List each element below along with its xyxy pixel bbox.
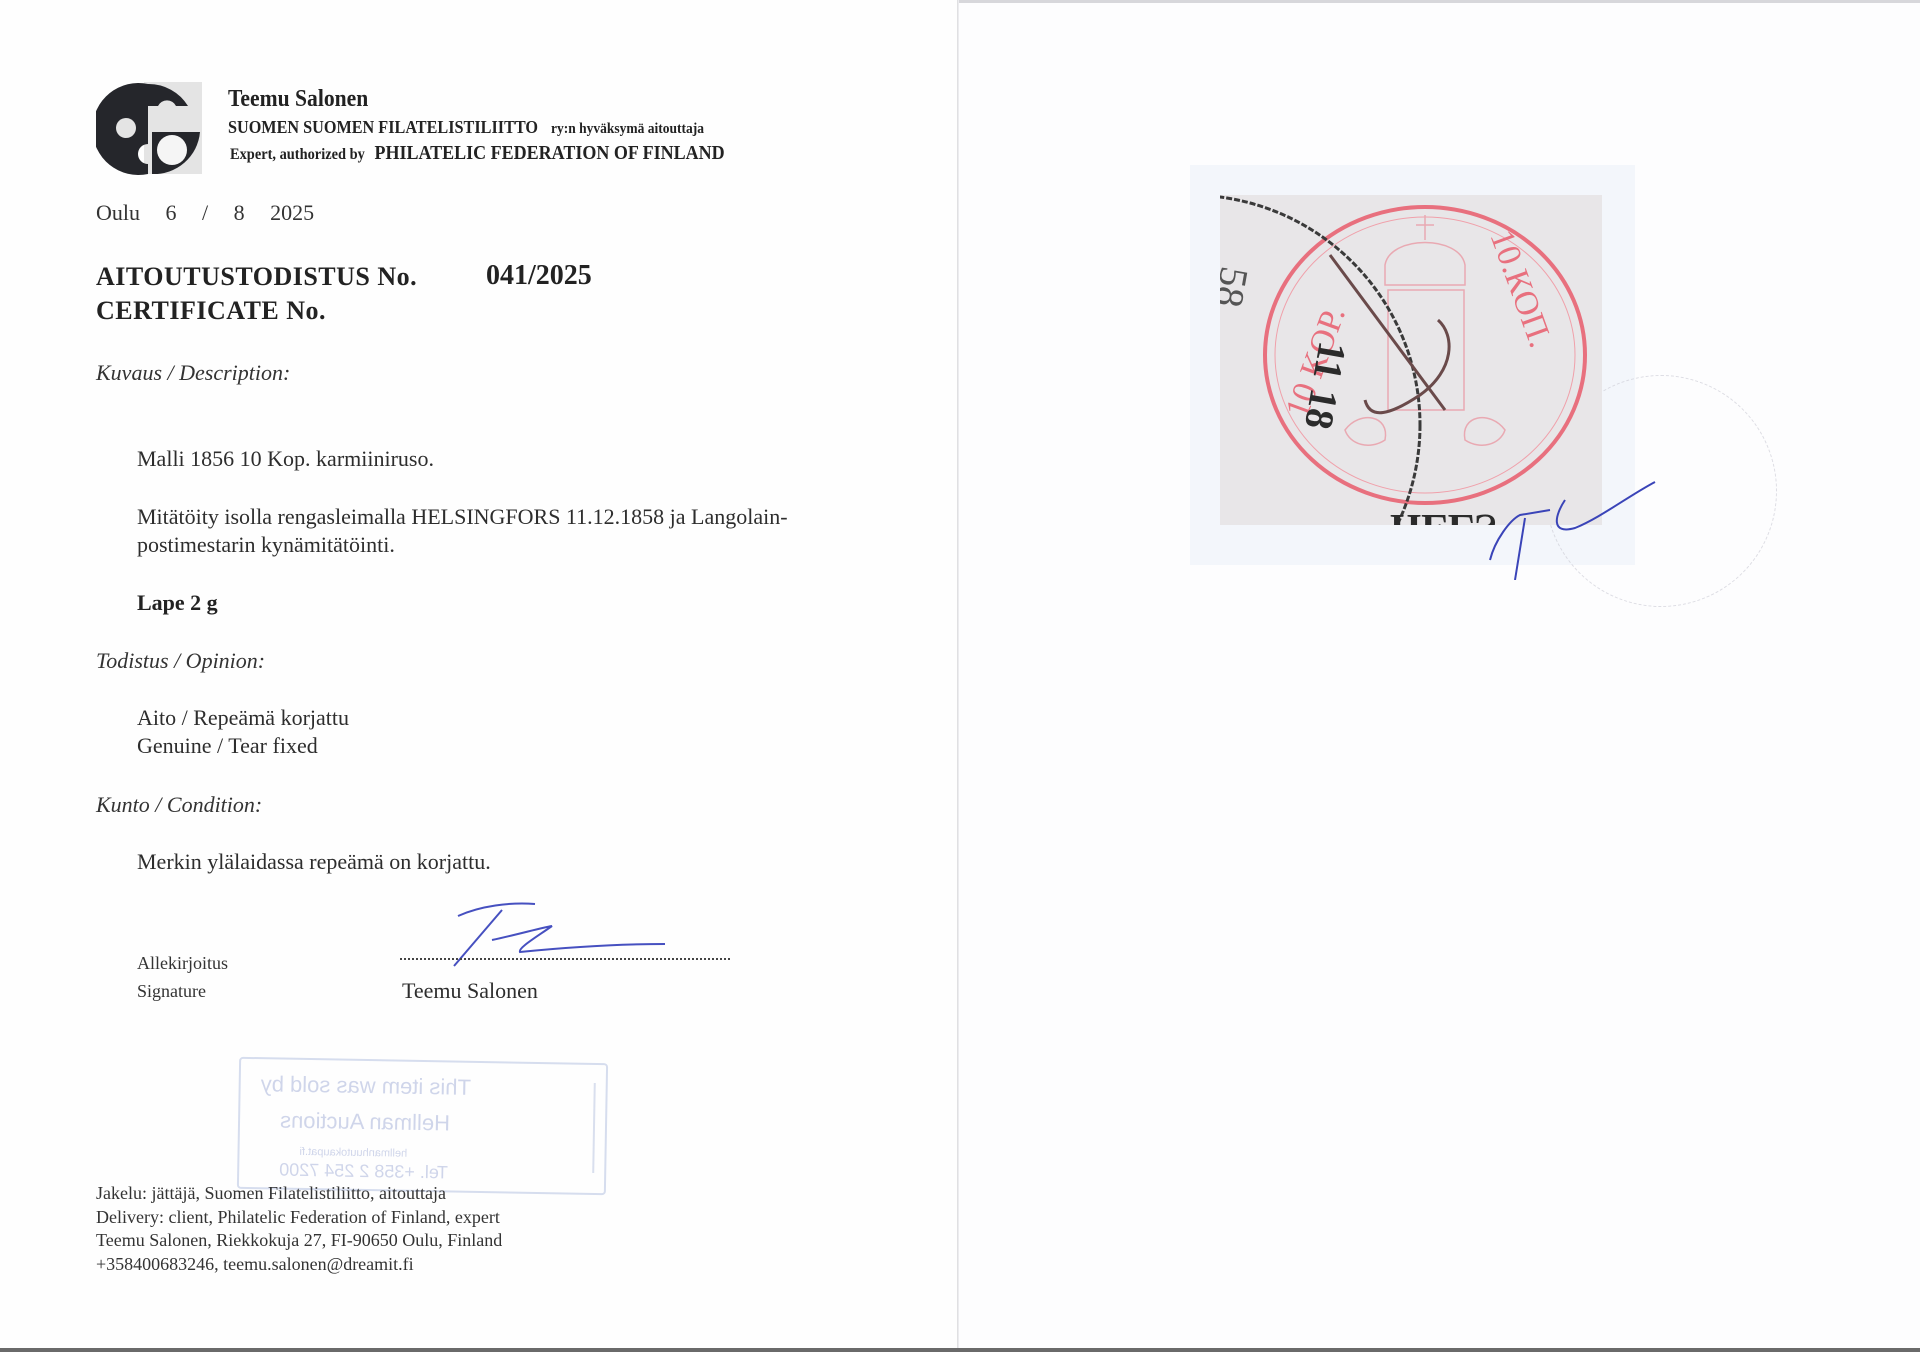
federation-approval-fi: ry:n hyväksymä aitouttaja	[551, 121, 704, 137]
date-separator: /	[202, 200, 208, 225]
certificate-title-en: CERTIFICATE No.	[96, 296, 326, 326]
footer-line: Delivery: client, Philatelic Federation …	[96, 1207, 500, 1228]
auction-logo-icon	[542, 1082, 596, 1173]
signature-line	[400, 958, 730, 960]
federation-name-fi: SUOMEN SUOMEN FILATELISTILIITTO	[228, 117, 538, 137]
opinion-en: Genuine / Tear fixed	[137, 733, 318, 759]
condition-text: Merkin ylälaidassa repeämä on korjattu.	[137, 849, 491, 875]
date-year: 2025	[270, 200, 314, 225]
certificate-title-fi: AITOUTUSTODISTUS No.	[96, 262, 417, 292]
description-line: Malli 1856 10 Kop. karmiiniruso.	[137, 446, 434, 472]
expert-signature-on-stamp	[1480, 440, 1660, 580]
auction-stamp-line: This item was sold by	[260, 1071, 471, 1101]
date-day: 6	[166, 200, 177, 225]
postmark-year: 58	[1220, 263, 1257, 310]
signature-label-fi: Allekirjoitus	[137, 953, 228, 974]
description-heading: Kuvaus / Description:	[96, 360, 290, 386]
issue-date: Oulu 6 / 8 2025	[96, 200, 334, 226]
authorization-prefix: Expert, authorized by	[230, 146, 365, 163]
footer-line: Teemu Salonen, Riekkokuja 27, FI-90650 O…	[96, 1230, 502, 1251]
footer-line: +358400683246, teemu.salonen@dreamit.fi	[96, 1254, 414, 1275]
opinion-fi: Aito / Repeämä korjattu	[137, 705, 349, 731]
auction-stamp-line: Tel. +358 2 254 7200	[279, 1160, 448, 1184]
federation-logo-icon	[96, 80, 204, 176]
federation-name-en: PHILATELIC FEDERATION OF FINLAND	[374, 142, 724, 164]
date-place: Oulu	[96, 200, 140, 225]
page-fold	[957, 0, 959, 1348]
stamp-value-right: 10.КОП.	[1482, 225, 1558, 352]
condition-heading: Kunto / Condition:	[96, 792, 262, 818]
federation-line: SUOMEN SUOMEN FILATELISTILIITTO ry:n hyv…	[228, 117, 704, 138]
auction-stamp-line: hellmanhuutokaupat.fi	[299, 1146, 407, 1160]
date-month: 8	[234, 200, 245, 225]
expert-name: Teemu Salonen	[228, 86, 368, 113]
signer-name: Teemu Salonen	[402, 978, 538, 1004]
auction-stamp-showthrough: This item was sold by Hellman Auctions h…	[237, 1057, 608, 1195]
footer-line: Jakelu: jättäjä, Suomen Filatelistiliitt…	[96, 1183, 446, 1204]
certificate-number: 041/2025	[486, 260, 592, 292]
authorization-line: Expert, authorized by PHILATELIC FEDERAT…	[230, 142, 725, 165]
scan-edge	[0, 1348, 1920, 1352]
description-weight: Lape 2 g	[137, 590, 218, 616]
page-edge	[958, 0, 1920, 3]
auction-stamp-line: Hellman Auctions	[280, 1108, 450, 1137]
signature-label-en: Signature	[137, 981, 206, 1002]
description-line: postimestarin kynämitätöinti.	[137, 532, 395, 558]
description-line: Mitätöity isolla rengasleimalla HELSINGF…	[137, 504, 788, 530]
opinion-heading: Todistus / Opinion:	[96, 648, 265, 674]
